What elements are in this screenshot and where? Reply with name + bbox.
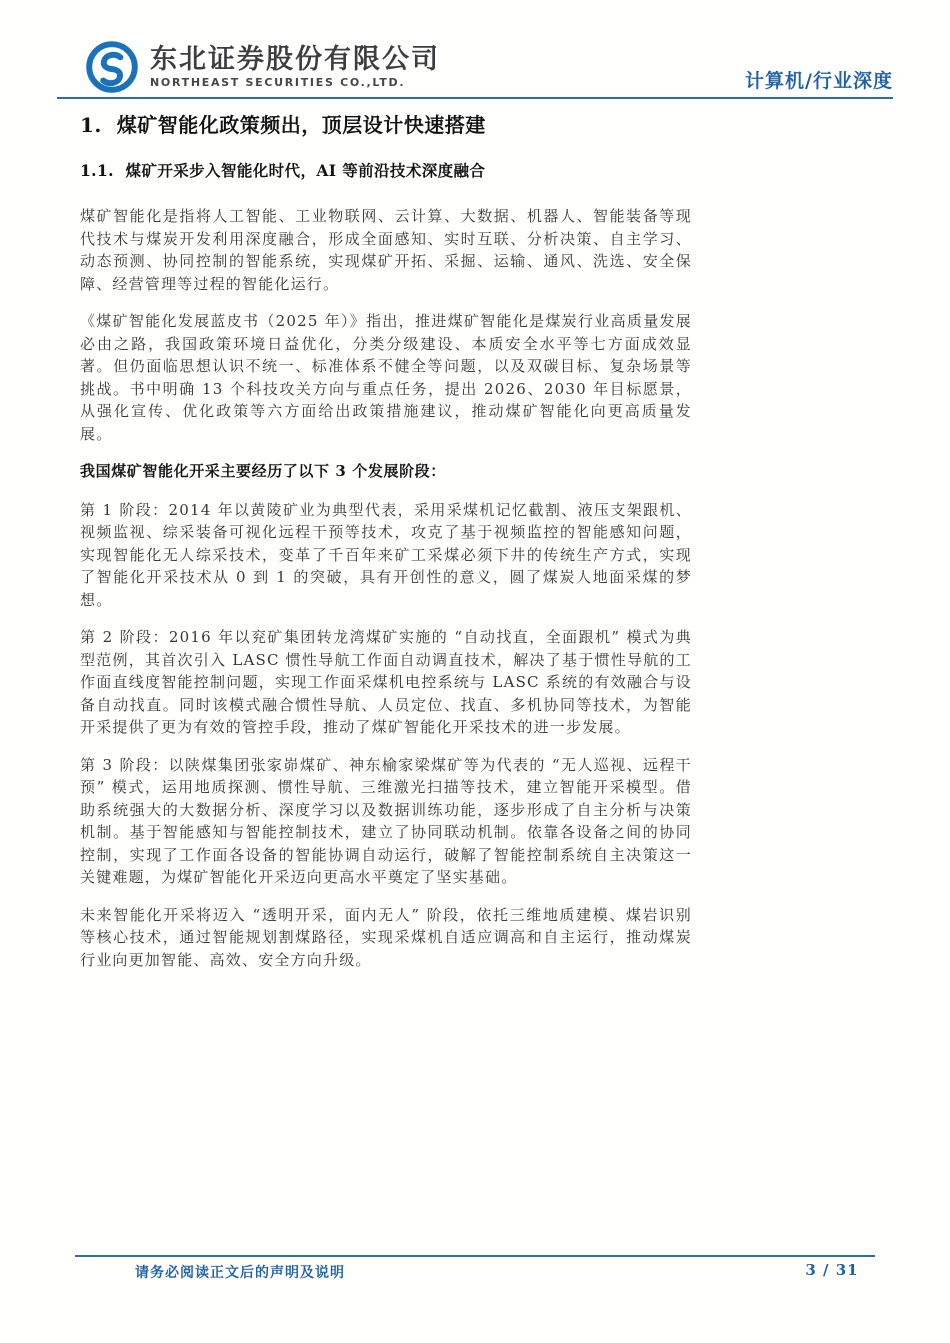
footer-disclaimer: 请务必阅读正文后的声明及说明 <box>135 1262 345 1282</box>
paragraph-stage-2: 第 2 阶段：2016 年以兖矿集团转龙湾煤矿实施的 “自动找直，全面跟机” 模… <box>80 626 692 739</box>
paragraph-stages-lead: 我国煤矿智能化开采主要经历了以下 3 个发展阶段： <box>80 460 692 483</box>
report-header: 东北证券股份有限公司 NORTHEAST SECURITIES CO.,LTD.… <box>57 38 893 96</box>
brand-text: 东北证券股份有限公司 NORTHEAST SECURITIES CO.,LTD. <box>150 45 440 90</box>
paragraph-stage-1: 第 1 阶段：2014 年以黄陵矿业为典型代表，采用采煤机记忆截割、液压支架跟机… <box>80 499 692 612</box>
footer-divider <box>75 1255 875 1257</box>
paragraph-overview: 煤矿智能化是指将人工智能、工业物联网、云计算、大数据、机器人、智能装备等现代技术… <box>80 205 692 295</box>
paragraph-bluebook: 《煤矿智能化发展蓝皮书（2025 年）》指出，推进煤矿智能化是煤炭行业高质量发展… <box>80 310 692 445</box>
paragraph-future: 未来智能化开采将迈入 “透明开采，面内无人” 阶段，依托三维地质建模、煤岩识别等… <box>80 904 692 972</box>
report-page: 东北证券股份有限公司 NORTHEAST SECURITIES CO.,LTD.… <box>0 0 950 1343</box>
subsection-heading: 1.1. 煤矿开采步入智能化时代，AI 等前沿技术深度融合 <box>80 160 692 182</box>
page-number: 3 / 31 <box>788 1261 876 1279</box>
company-name-en: NORTHEAST SECURITIES CO.,LTD. <box>150 76 440 89</box>
report-body: 1. 煤矿智能化政策频出，顶层设计快速搭建 1.1. 煤矿开采步入智能化时代，A… <box>80 112 692 986</box>
report-category-tag: 计算机/行业深度 <box>745 66 893 93</box>
section-heading: 1. 煤矿智能化政策频出，顶层设计快速搭建 <box>80 112 692 138</box>
brand-logo-group: 东北证券股份有限公司 NORTHEAST SECURITIES CO.,LTD. <box>85 40 440 94</box>
header-divider <box>57 97 893 99</box>
company-name-cn: 东北证券股份有限公司 <box>150 45 440 75</box>
northeast-securities-swirl-icon <box>85 40 139 94</box>
paragraph-stage-3: 第 3 阶段：以陕煤集团张家峁煤矿、神东榆家梁煤矿等为代表的 “无人巡视、远程干… <box>80 754 692 889</box>
